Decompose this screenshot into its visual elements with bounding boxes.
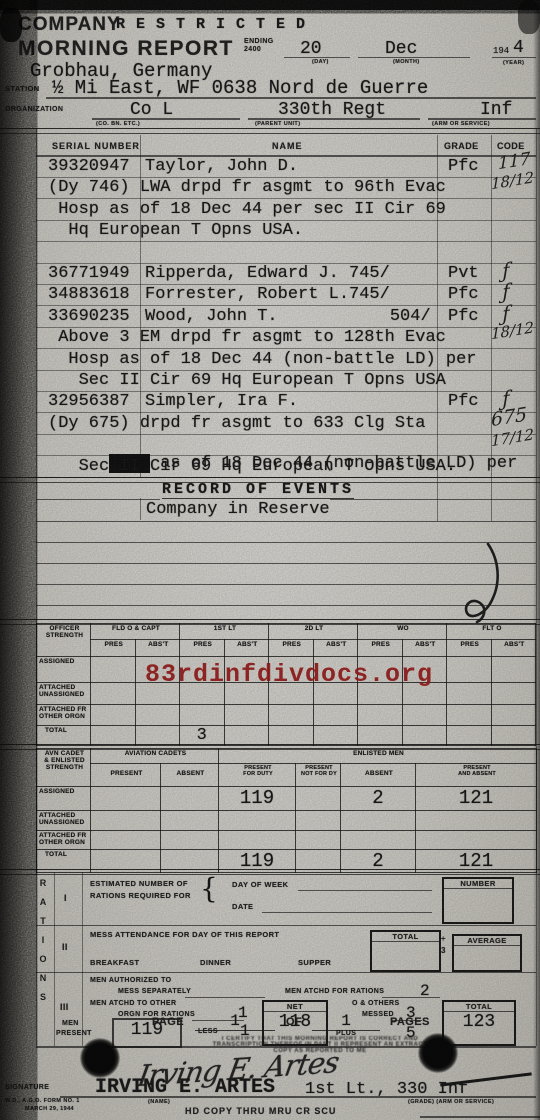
col-name: NAME [272,141,303,151]
empty-cell [491,657,536,683]
remark-line: Hosp as of 18 Dec 44 per sec II Cir 69 [48,200,446,219]
empty-cell [91,831,161,850]
rations-total-value: 123 [444,1012,514,1032]
abst-header: ABS'T [224,640,269,657]
empty-cell [416,831,537,850]
scan-blob [0,8,22,42]
empty-cell [224,705,269,726]
events-entry: Company in Reserve [146,500,330,519]
soldier-name: Forrester, Robert L.745/ [145,285,390,304]
group-enlisted-men: ENLISTED MEN [219,749,537,764]
breakfast-label: BREAKFAST [90,958,139,967]
men-atchd-rations-label: MEN ATCHD FOR RATIONS [285,988,384,995]
empty-cell [224,726,269,746]
serial-number: 39320947 [48,157,130,176]
morning-report-scan: COMPANY RESTRICTED MORNING REPORT ENDING… [0,0,540,1120]
col-grade: GRADE [444,141,479,151]
org-parent-unit: 330th Regt [278,100,386,120]
pres-header: PRES [269,640,314,657]
mess-total-box: TOTAL [370,930,441,972]
year-sublabel: (YEAR) [503,60,524,66]
row-attached-fr-other: ATTACHED FR OTHER ORGN [37,831,91,850]
month-sublabel: (MONTH) [393,59,420,65]
empty-cell [91,705,136,726]
empty-cell [491,683,536,705]
empty-cell [161,787,219,811]
men-atchd-rations-value: 2 [420,982,430,1000]
grade-value: Pfc [448,392,479,411]
men-authorized-label: MEN AUTHORIZED TO [90,977,171,984]
empty-cell [219,811,296,831]
empty-cell [313,726,358,746]
enlisted-strength-title: AVN CADET & ENLISTED STRENGTH [37,749,91,787]
soldier-name: Ripperda, Edward J. 745/ [145,264,390,283]
roster-row: Hosp as of 18 Dec 44 per sec II Cir 69 [36,199,536,221]
roster-row: Hosp as of 18 Dec 44 (non-battle LD) per [36,349,536,371]
empty-cell [91,683,136,705]
empty-cell [219,831,296,850]
scan-blob [518,0,540,34]
scan-edge-left [0,0,34,1120]
number-box-label: NUMBER [444,879,512,889]
supper-label: SUPPER [298,958,331,967]
soldier-name: Simpler, Ira F. [145,392,298,411]
report-month: Dec [385,39,417,59]
pages-label: PAGES [390,1016,430,1028]
day-sublabel: (DAY) [312,59,329,65]
serial-number: 36771949 [48,264,130,283]
rations-side-label: RATIONS [38,878,48,1038]
divisor: 3 [441,946,446,955]
org-arm-service: Inf [480,100,512,120]
remark-line: Hosp as of 18 Dec 44 (non-battle LD) per [48,350,476,369]
avn-present-header: PRESENT [91,764,161,787]
grade-value: Pfc [448,285,479,304]
brace: { [200,872,218,905]
roster-row-blank [36,242,536,264]
assigned-present-for-duty: 119 [219,787,296,811]
assigned-present-and-absent: 121 [416,787,537,811]
roster-row: 39320947 Taylor, John D. Pfc 117 [36,156,536,178]
empty-cell [91,726,136,746]
name-sublabel: (NAME) [148,1099,170,1105]
empty-cell [296,831,341,850]
pres-header: PRES [91,640,136,657]
record-of-events-title: RECORD OF EVENTS [162,481,354,499]
mess-total-label: TOTAL [372,932,439,942]
abst-header: ABS'T [313,640,358,657]
empty-cell [91,811,161,831]
numeral-ii: II [62,942,68,952]
rations-estimated-label-2: RATIONS REQUIRED FOR [90,891,191,900]
roster-row: Sec II Cir 69 Hq European T Opns USA. [36,456,536,478]
grade-value: Pfc [448,307,479,326]
report-day: 20 [300,39,322,59]
remark-line: Sec II Cir 69 Hq European T Opns USA [48,371,446,390]
soldier-name: Taylor, John D. [145,157,298,176]
row-assigned: ASSIGNED [37,657,91,683]
group-fldo-capt: FLD O & CAPT [91,624,180,640]
empty-cell [491,705,536,726]
assigned-absent: 2 [341,787,416,811]
em-present-and-absent-header: PRESENT AND ABSENT [416,764,537,787]
serial-number: 34883618 [48,285,130,304]
empty-cell [402,705,447,726]
empty-cell [341,831,416,850]
scan-edge-right [533,0,540,1120]
group-aviation-cadets: AVIATION CADETS [91,749,219,764]
roster-row: 32956387 Simpler, Ira F. Pfc ƒ [36,391,536,413]
group-flt-o: FLT O [447,624,536,640]
empty-cell [358,705,403,726]
empty-cell [91,787,161,811]
enlisted-strength-table: AVN CADET & ENLISTED STRENGTH AVIATION C… [36,748,537,873]
date-label: DATE [232,902,253,911]
org-parent-sublabel: (PARENT UNIT) [255,121,300,127]
empty-cell [91,657,136,683]
em-absent-header: ABSENT [341,764,416,787]
serial-number: 33690235 [48,307,130,326]
station-value: ½ Mi East, WF 0638 Nord de Guerre [52,77,428,99]
mess-attendance-label: MESS ATTENDANCE FOR DAY OF THIS REPORT [90,930,279,939]
abst-header: ABS'T [135,640,180,657]
empty-cell [447,705,492,726]
empty-cell [296,787,341,811]
pres-header: PRES [358,640,403,657]
empty-cell [161,811,219,831]
empty-cell [447,726,492,746]
page-label: PAGE [152,1016,184,1028]
net-label: NET [264,1002,326,1012]
serial-number: 32956387 [48,392,130,411]
remark-line: Above 3 EM drpd fr asgmt to 128th Evac [48,328,446,347]
roster-row: (Dy 675) drpd fr asgmt to 633 Clg Sta 67… [36,413,536,435]
page-number: 1 [195,1012,275,1031]
grade-value: Pfc [448,157,479,176]
divide-sign: ÷ [441,934,446,943]
empty-cell [341,811,416,831]
soldier-name: Wood, John T. 504/ [145,307,431,326]
remark-line: (Dy 746) LWA drpd fr asgmt to 96th Evac [48,178,446,197]
abst-header: ABS'T [491,640,536,657]
men-present-label-1: MEN [62,1020,79,1027]
avn-absent-header: ABSENT [161,764,219,787]
org-arm-sublabel: (ARM OR SERVICE) [432,121,490,127]
grade-value: Pvt [448,264,479,283]
average-box: AVERAGE [452,934,522,972]
form-title-morning-report: MORNING REPORT [18,37,234,61]
empty-cell [161,831,219,850]
empty-cell [269,726,314,746]
group-2d-lt: 2D LT [269,624,358,640]
officers-total-1st-lt-pres: 3 [180,726,225,746]
row-total: TOTAL [37,726,91,746]
others-label-1: O & OTHERS [352,1000,400,1007]
numeral-i: I [64,893,67,903]
remark-line: Hq European T Opns USA. [48,221,303,240]
org-unit: Co L [130,100,173,120]
grade-sublabel: (GRADE) (ARM OR SERVICE) [408,1099,494,1105]
empty-cell [402,726,447,746]
row-attached-unassigned: ATTACHED UNASSIGNED [37,811,91,831]
col-serial-number: SERIAL NUMBER [52,141,140,151]
mess-separately-label: MESS SEPARATELY [118,988,191,995]
row-assigned: ASSIGNED [37,787,91,811]
punch-hole-right [418,1033,458,1073]
roster-row: Sec II Cir 69 Hq European T Opns USA [36,370,536,392]
org-unit-sublabel: (CO. BN. ETC.) [96,121,140,127]
empty-cell [447,657,492,683]
site-watermark: 83rdinfdivdocs.org [145,660,433,689]
day-of-week-label: DAY OF WEEK [232,880,289,889]
report-year: 4 [513,38,524,58]
roster-row: (Dy 746) LWA drpd fr asgmt to 96th Evac … [36,177,536,199]
empty-cell [296,811,341,831]
abst-header: ABS'T [402,640,447,657]
em-present-for-duty-header: PRESENT FOR DUTY [219,764,296,787]
empty-cell [447,683,492,705]
em-present-not-for-duty-header: PRESENT NOT FOR DY [296,764,341,787]
pres-header: PRES [180,640,225,657]
empty-cell [416,811,537,831]
empty-cell [180,705,225,726]
rations-total-label: TOTAL [444,1002,514,1012]
remark-line: (Dy 675) drpd fr asgmt to 633 Clg Sta [48,414,425,433]
officer-strength-title: OFFICER STRENGTH [37,624,91,657]
roster-row: Hq European T Opns USA. [36,220,536,242]
punch-hole-left [80,1038,120,1078]
empty-cell [135,726,180,746]
rations-estimated-label-1: ESTIMATED NUMBER OF [90,879,188,888]
row-attached-fr-other: ATTACHED FR OTHER ORGN [37,705,91,726]
ending-time: 2400 [244,46,261,53]
remark-line: Sec II Cir 69 Hq European T Opns USA. [48,457,456,476]
classification-restricted: RESTRICTED [116,16,316,33]
men-present-label-2: PRESENT [56,1030,92,1037]
roster-row: 36771949 Ripperda, Edward J. 745/ Pvt ƒ [36,263,536,285]
empty-cell [269,705,314,726]
numeral-iii: III [60,1002,69,1012]
empty-cell [135,705,180,726]
ending-label: ENDING [244,38,274,45]
of-label: OF [286,1016,302,1028]
group-1st-lt: 1ST LT [180,624,269,640]
average-label: AVERAGE [454,936,520,946]
group-wo: WO [358,624,447,640]
roster-row: Above 3 EM drpd fr asgmt to 128th Evac 1… [36,327,536,349]
roster-row: 33690235 Wood, John T. 504/ Pfc ƒ [36,306,536,328]
empty-cell [491,726,536,746]
empty-cell [358,726,403,746]
handwritten-flourish [458,542,508,628]
row-attached-unassigned: ATTACHED UNASSIGNED [37,683,91,705]
roster-row: 34883618 Forrester, Robert L.745/ Pfc ƒ [36,284,536,306]
copy-note: HD COPY THRU MRU CR SCU [185,1106,336,1116]
men-atchd-other-label-1: MEN ATCHD TO OTHER [90,1000,176,1007]
pages-number: 1 [312,1012,380,1031]
dinner-label: DINNER [200,958,231,967]
number-box: NUMBER [442,877,514,924]
roster-row: Hosp as of 18 Dec 44 (non-battle LD) per… [36,434,536,456]
year-prefix: 194 [493,46,509,56]
scan-edge-top [0,0,540,10]
empty-cell [313,705,358,726]
pres-header: PRES [447,640,492,657]
